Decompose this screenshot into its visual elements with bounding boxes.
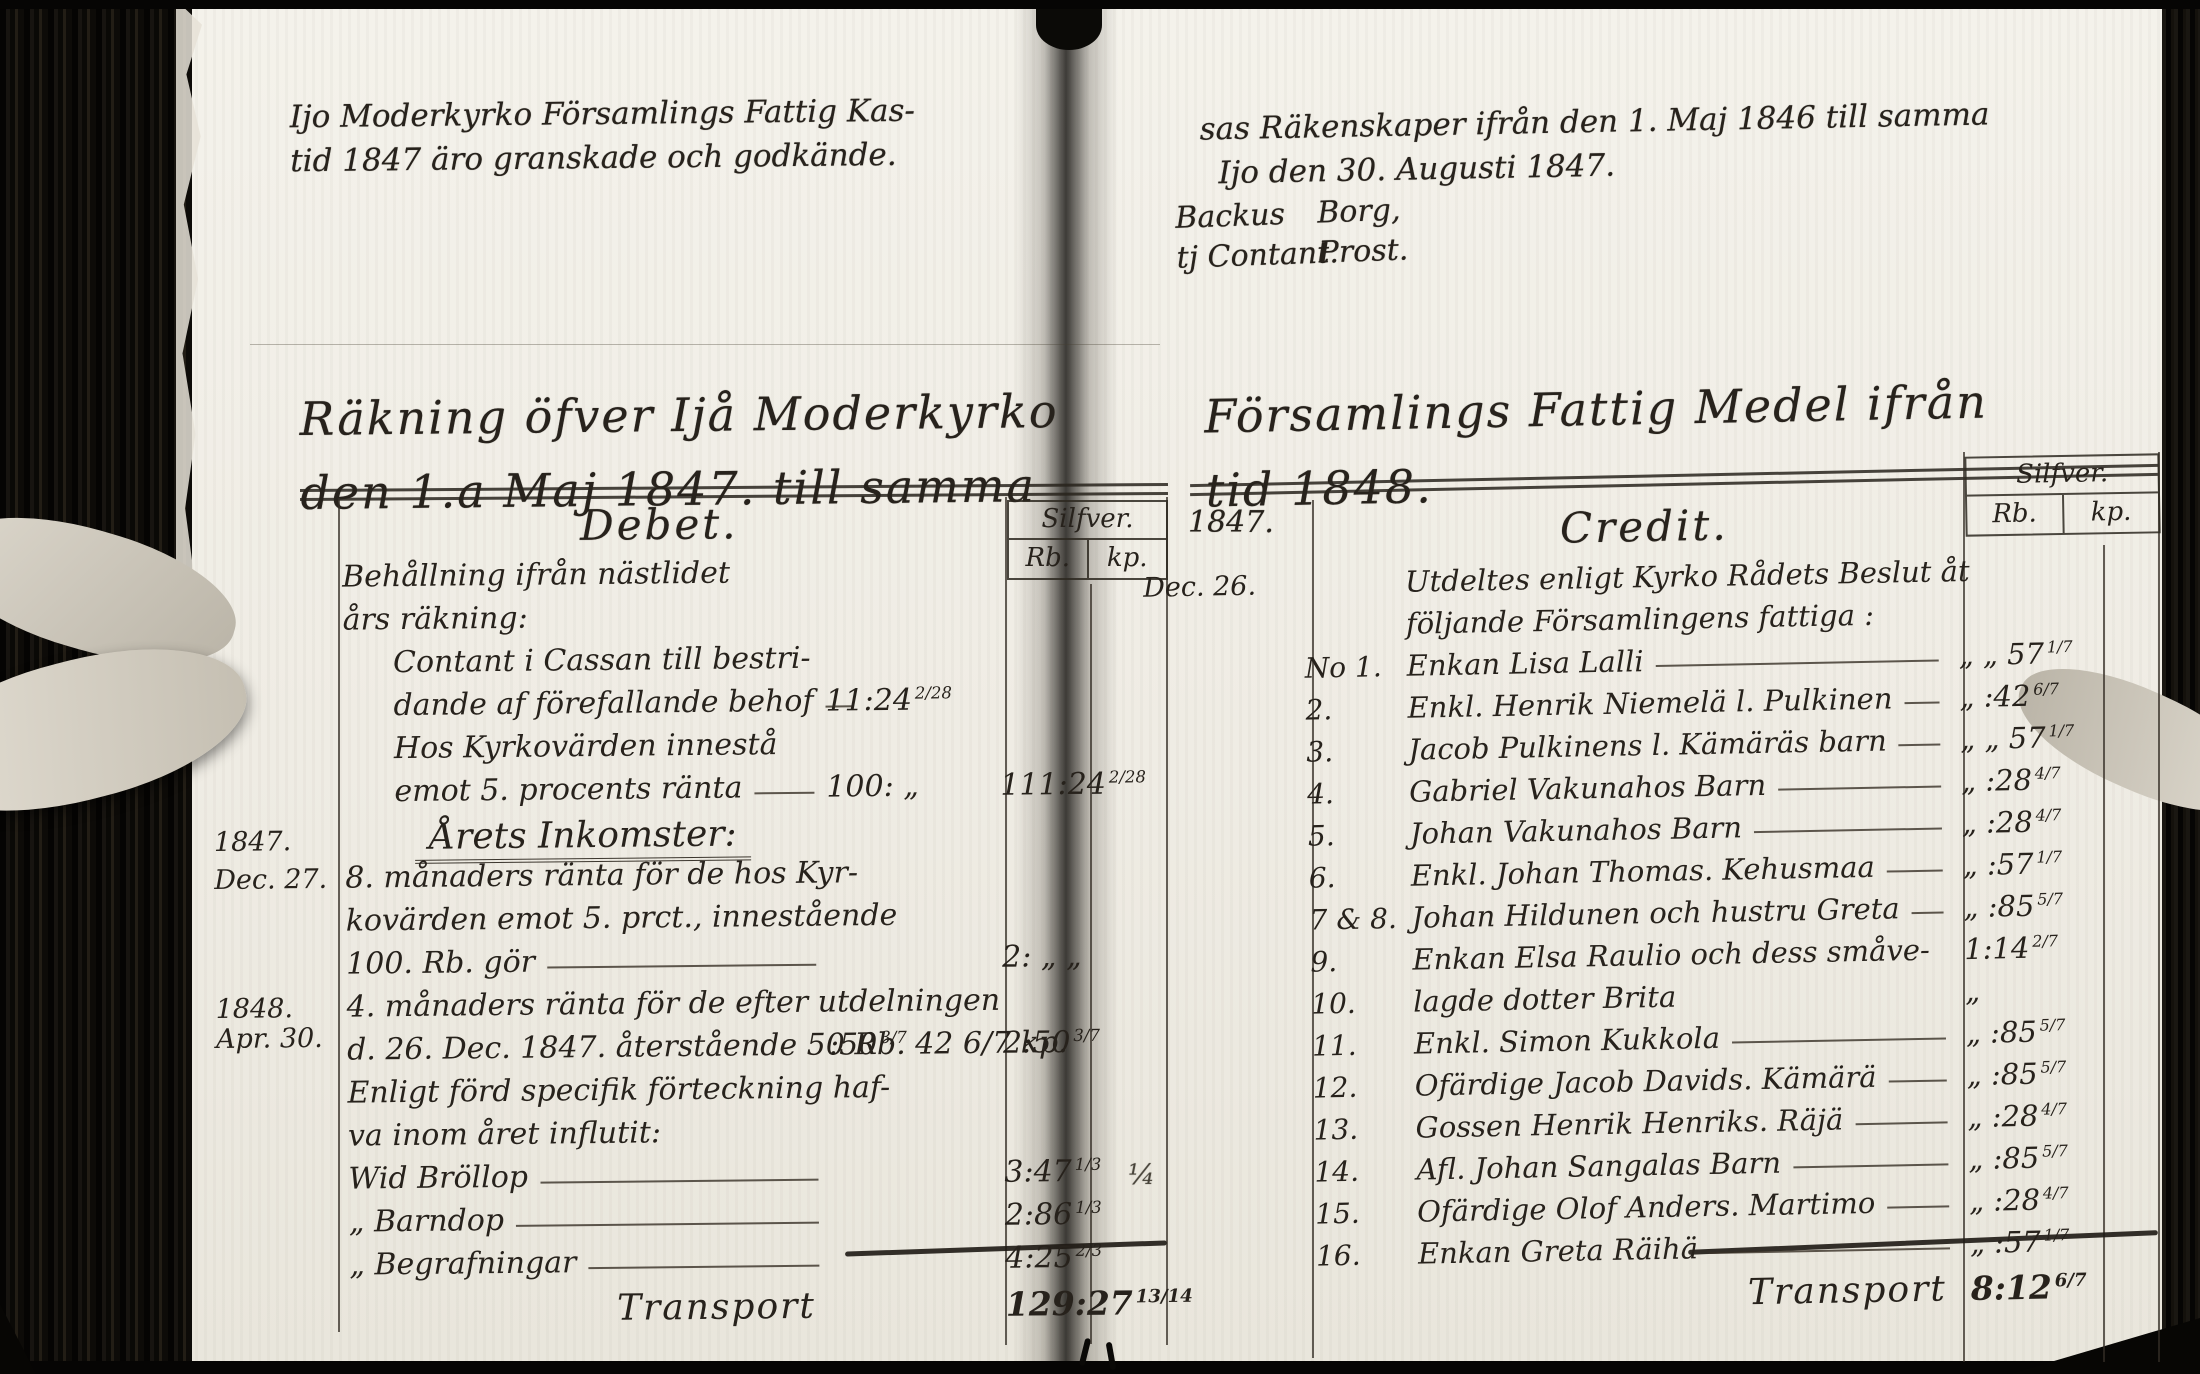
amount-value: „ :28 — [1962, 805, 2034, 840]
number-cell: 4. — [1307, 776, 1404, 811]
amount-fraction: 2/7 — [2032, 932, 2058, 951]
signature-title: Prost. — [1318, 230, 1409, 273]
date-cell — [217, 1103, 342, 1104]
number-cell: 12. — [1313, 1070, 1410, 1105]
number-cell: 10. — [1311, 986, 1408, 1021]
amount-value: 3:47 — [1004, 1154, 1072, 1190]
amount-value: „ :57 — [1962, 847, 2034, 882]
amount-silver-cell: „ :284/7 — [1954, 802, 2161, 840]
date-cell — [218, 1275, 343, 1276]
entry-text: Afl. Johan Sangalas Barn — [1416, 1146, 1781, 1187]
date-cell: 1848. Apr. 30. — [216, 994, 342, 1055]
entry-cell: emot 5. procents ränta — [338, 770, 826, 810]
date-cell — [1154, 1140, 1314, 1143]
date-cell — [1146, 720, 1306, 723]
date-cell — [215, 974, 340, 975]
entry-cell: Enligt förd specifik förteckning haf- — [341, 1071, 829, 1111]
entry-text: „ Begrafningar — [349, 1245, 576, 1282]
amount-fraction: 1/7 — [2036, 848, 2062, 867]
leader-dash — [826, 705, 852, 707]
leader-dash — [1855, 1121, 1947, 1125]
amount-silver-cell: „ :571/7 — [1962, 1222, 2169, 1260]
leader-dash — [1656, 660, 1939, 667]
signature-name: Borg, — [1317, 190, 1408, 233]
date-cell — [1156, 1266, 1316, 1269]
date-cell: 1847. — [214, 827, 339, 858]
entry-text: Enkan Lisa Lalli — [1406, 644, 1644, 683]
amount-silver-cell — [995, 879, 1167, 881]
amount-value: „ „ 57 — [1958, 637, 2044, 673]
amount-silver-cell: 4:252/3 — [999, 1239, 1171, 1276]
entry-text: 100. Rb. gör — [346, 945, 535, 982]
amount-silver-cell — [992, 578, 1164, 580]
date-cell — [1155, 1224, 1315, 1227]
amount-silver-cell: 111:242/28 — [994, 766, 1166, 803]
amount-value: 1:14 — [1964, 931, 2030, 966]
book-edge-right — [2162, 0, 2200, 1374]
silver-label: Silfver. — [1009, 502, 1166, 540]
amount-silver-cell: „ „ 571/7 — [1950, 634, 2157, 672]
date-cell — [1144, 636, 1304, 639]
entry-cell: „ Begrafningar — [343, 1243, 831, 1283]
amount-silver-cell: „ :426/7 — [1951, 676, 2158, 714]
scanned-ledger-spread: Ijo Moderkyrko Församlings Fattig Kas- t… — [0, 0, 2200, 1374]
amount-silver-cell: „ :855/7 — [1960, 1138, 2167, 1176]
amount-fraction: 1/7 — [2044, 1225, 2070, 1244]
number-cell: 13. — [1313, 1112, 1410, 1147]
leader-dash — [588, 1264, 819, 1268]
amount-value: „ :28 — [1961, 763, 2033, 798]
entry-cell: „ Barndop — [343, 1200, 831, 1240]
entry-text: dande af förefallande behof — [393, 684, 813, 723]
amount-value: 11:24 — [825, 683, 912, 719]
number-cell: 2. — [1305, 692, 1402, 727]
leader-dash — [1710, 1247, 1950, 1254]
entry-cell: 100. Rb. gör — [340, 942, 828, 982]
date-cell — [1151, 1014, 1311, 1017]
kopek-label: kp. — [2063, 493, 2158, 533]
amount-fraction: 4/7 — [2041, 1099, 2067, 1118]
amount-inner-cell — [831, 1182, 999, 1184]
number-cell: No 1. — [1304, 650, 1401, 685]
leader-dash — [1732, 1037, 1946, 1043]
entry-text: Contant i Cassan till bestri- — [393, 641, 811, 680]
amount-silver-cell: „ „ 571/7 — [1952, 718, 2159, 756]
entry-text: va inom året influtit: — [348, 1115, 661, 1153]
entry-text: emot 5. procents ränta — [394, 770, 742, 809]
amount-value: 129:27 — [1006, 1283, 1133, 1323]
amount-silver-cell: 2:503/7 — [997, 1024, 1169, 1061]
number-cell: 7 & 8. — [1309, 902, 1406, 937]
amount-inner-cell — [832, 1316, 1000, 1318]
amount-inner-cell — [825, 666, 993, 668]
rubel-label: Rb. — [1967, 495, 2064, 535]
entry-cell: Hos Kyrkovärden innestå — [338, 727, 826, 767]
amount-value: „ :85 — [1968, 1141, 2040, 1176]
amount-silver-cell: „ :284/7 — [1953, 760, 2160, 798]
entry-text: lagde dotter Brita — [1413, 980, 1677, 1019]
amount-value: 8:12 — [1970, 1267, 2052, 1308]
number-cell: 6. — [1308, 860, 1405, 895]
title-line: Räkning öfver Ijå Moderkyrko — [299, 374, 1059, 456]
date-cell — [219, 1323, 344, 1324]
date-cell — [1152, 1056, 1312, 1059]
amount-inner-cell — [828, 967, 996, 969]
amount-fraction: 1/7 — [2047, 637, 2073, 656]
date-cell — [212, 630, 337, 631]
entry-text: Wid Bröllop — [348, 1160, 528, 1197]
entry-text: „ Barndop — [349, 1203, 505, 1240]
leader-dash — [516, 1221, 819, 1226]
audit-note-right: sas Räkenskaper ifrån den 1. Maj 1846 ti… — [1199, 92, 1990, 195]
leader-dash — [1887, 1205, 1949, 1208]
amount-silver-cell — [993, 621, 1165, 623]
amount-fraction: 2/28 — [1109, 767, 1146, 786]
amount-value: „ :85 — [1966, 1057, 2038, 1092]
amount-inner-cell — [826, 752, 994, 754]
entry-text: 8. månaders ränta för de hos Kyr- — [345, 855, 858, 895]
amount-inner-cell — [824, 580, 992, 582]
amount-value: 111:24 — [1000, 767, 1106, 803]
amount-inner-cell — [831, 1268, 999, 1270]
amount-fraction: 4/7 — [2035, 764, 2061, 783]
entry-cell: 4. månaders ränta för de efter utdelning… — [340, 985, 828, 1025]
entry-text: 4. månaders ränta för de efter utdelning… — [346, 983, 1000, 1025]
debet-heading: Debet. — [580, 499, 739, 550]
amount-silver-cell — [994, 750, 1166, 752]
page-rule — [250, 344, 1160, 345]
amount-silver-cell: 3:471/3 — [998, 1153, 1170, 1190]
date-cell — [1151, 972, 1311, 975]
amount-silver-cell — [997, 1008, 1169, 1010]
amount-fraction: 2/3 — [1076, 1241, 1103, 1260]
amount-silver-cell: 2: „ „ — [996, 938, 1168, 975]
amount-fraction: 5/7 — [2037, 890, 2063, 909]
number-cell — [1317, 1311, 1413, 1313]
amount-value: 2:50 — [1003, 1025, 1071, 1061]
amount-value: „ :85 — [1963, 889, 2035, 924]
date-cell — [1148, 846, 1308, 849]
silver-label: Silfver. — [1966, 455, 2158, 496]
title-line: Församlings Fattig Medel ifrån — [1204, 364, 1989, 453]
amount-fraction: 5/7 — [2039, 1016, 2065, 1035]
amount-value: „ „ 57 — [1960, 720, 2046, 756]
amount-value: „ :28 — [1969, 1183, 2041, 1218]
amount-silver-cell — [996, 922, 1168, 924]
leader-dash — [1899, 744, 1941, 747]
entry-text: Gabriel Vakunahos Barn — [1409, 768, 1767, 809]
entry-cell: Transport — [344, 1286, 832, 1332]
number-cell: 3. — [1306, 734, 1403, 769]
entry-cell: 8. månaders ränta för de hos Kyr- — [339, 856, 827, 896]
amount-inner-cell: :503/7 — [829, 1026, 997, 1063]
amount-silver-cell: 129:2713/14 — [1000, 1283, 1172, 1324]
amount-silver-cell — [1950, 619, 2156, 623]
leader-dash — [547, 963, 816, 968]
entry-cell: dande af förefallande behof — [337, 684, 825, 724]
date-cell — [212, 673, 337, 674]
date-cell — [216, 1060, 341, 1061]
leader-dash — [1793, 1163, 1948, 1168]
date-cell — [214, 802, 339, 803]
entry-cell: Wid Bröllop — [342, 1157, 830, 1197]
signature-name: Backus — [1175, 193, 1338, 239]
number-cell — [1303, 592, 1399, 594]
entry-text: Transport — [617, 1286, 816, 1329]
amount-value: 4:25 — [1005, 1240, 1073, 1276]
amount-fraction: 5/7 — [2040, 1057, 2066, 1076]
credit-heading: Credit. — [1560, 500, 1730, 552]
date-cell — [1147, 762, 1307, 765]
number-cell: 15. — [1315, 1196, 1412, 1231]
number-cell: 9. — [1310, 944, 1407, 979]
amount-fraction: 4/7 — [2043, 1183, 2069, 1202]
date-cell — [1147, 804, 1307, 807]
entry-cell: va inom året influtit: — [342, 1114, 830, 1154]
number-cell: 14. — [1314, 1154, 1411, 1189]
date-cell — [1145, 678, 1305, 681]
amount-fraction: 6/7 — [2055, 1270, 2087, 1292]
scan-border-bottom — [0, 1361, 2200, 1374]
number-cell: 16. — [1316, 1238, 1413, 1273]
amount-fraction: 5/7 — [2042, 1141, 2068, 1160]
number-cell — [1304, 634, 1400, 636]
amount-silver-cell — [998, 1094, 1170, 1096]
amount-fraction: 1/3 — [1075, 1198, 1102, 1217]
entry-cell: kovärden emot 5. prct., innestående — [340, 899, 828, 939]
amount-fraction: 4/7 — [2035, 806, 2061, 825]
amount-fraction: 3/7 — [880, 1028, 907, 1047]
date-cell — [215, 931, 340, 932]
leader-dash — [1887, 869, 1943, 872]
amount-silver-cell — [1949, 577, 2155, 581]
amount-value: „ :85 — [1966, 1015, 2038, 1050]
entry-text: kovärden emot 5. prct., innestående — [346, 898, 898, 939]
date-cell — [218, 1232, 343, 1233]
entry-cell: års räkning: — [336, 598, 824, 638]
debet-table: Behållning ifrån nästlidet års räkning: … — [211, 551, 1172, 1335]
signature-block-2: Borg, Prost. — [1317, 190, 1409, 273]
audit-note-line: tid 1847 äro granskade och godkände. — [290, 133, 916, 184]
date-cell — [1150, 930, 1310, 933]
amount-value: „ :57 — [1970, 1225, 2042, 1260]
audit-note-line: Ijo Moderkyrko Församlings Fattig Kas- — [290, 89, 916, 140]
amount-silver-cell — [994, 707, 1166, 709]
amount-value: „ :42 — [1959, 679, 2031, 714]
entry-text: Enkl. Simon Kukkola — [1414, 1021, 1721, 1061]
amount-value: „ — [1965, 974, 1981, 1008]
entry-cell: d. 26. Dec. 1847. återstående 50 Rb. 42 … — [341, 1028, 829, 1068]
amount-value: 2:86 — [1005, 1197, 1073, 1233]
amount-silver-cell: 1:142/7 — [1956, 928, 2163, 966]
amount-value: 2: „ „ — [1002, 939, 1082, 975]
entry-text: Enligt förd specifik förteckning haf- — [347, 1070, 890, 1111]
signature-block-1: Backus tj Contant. — [1175, 193, 1340, 279]
amount-fraction: 1/3 — [1075, 1155, 1102, 1174]
amount-silver-cell: „ :855/7 — [1955, 886, 2162, 924]
amount-silver-cell: 2:861/3 — [999, 1196, 1171, 1233]
audit-note-left: Ijo Moderkyrko Församlings Fattig Kas- t… — [290, 89, 916, 184]
entry-cell: Behållning ifrån nästlidet — [336, 555, 824, 595]
entry-cell: Contant i Cassan till bestri- — [337, 641, 825, 681]
amount-inner-cell — [827, 843, 995, 845]
amount-silver-cell: „ :284/7 — [1959, 1096, 2166, 1134]
amount-inner-cell — [831, 1225, 999, 1227]
number-cell: 5. — [1308, 818, 1405, 853]
date-cell — [213, 759, 338, 760]
date-cell: Dec. 27. — [214, 865, 339, 896]
amount-inner-cell — [825, 623, 993, 625]
amount-silver-cell — [993, 664, 1165, 666]
leader-dash — [540, 1178, 818, 1183]
amount-silver-cell: 8:126/7 — [1962, 1265, 2169, 1308]
entry-text: Behållning ifrån nästlidet — [342, 556, 730, 595]
entry-text: Hos Kyrkovärden innestå — [394, 727, 778, 766]
date-cell — [1155, 1182, 1315, 1185]
entry-text: Enkan Greta Räihä — [1418, 1231, 1699, 1270]
entry-text: Gossen Henrik Henriks. Räjä — [1415, 1102, 1843, 1144]
amount-value: :50 — [829, 1027, 878, 1063]
date-cell — [1153, 1098, 1313, 1101]
amount-fraction: 2/28 — [915, 683, 952, 702]
date-cell — [213, 716, 338, 717]
silver-column-header-right: Silfver. Rb. kp. — [1964, 453, 2160, 536]
entry-text: års räkning: — [342, 601, 527, 638]
amount-value: „ :28 — [1967, 1099, 2039, 1134]
leader-dash — [1905, 702, 1940, 705]
amount-silver-cell: „ :284/7 — [1961, 1180, 2168, 1218]
date-cell — [217, 1146, 342, 1147]
leader-dash — [1889, 1079, 1947, 1082]
date-cell — [211, 587, 336, 588]
date-cell: Dec. 26. — [1143, 570, 1304, 604]
entry-text: Johan Vakunahos Barn — [1410, 810, 1743, 850]
amount-fraction: 3/7 — [1073, 1026, 1100, 1045]
amount-silver-cell: „ :571/7 — [1954, 844, 2161, 882]
amount-silver-cell — [998, 1137, 1170, 1139]
leader-dash — [1912, 911, 1944, 914]
signature-title: tj Contant. — [1176, 233, 1339, 279]
scan-border-top — [0, 0, 2200, 9]
amount-silver-cell: „ :855/7 — [1958, 1012, 2165, 1050]
leader-dash — [1778, 785, 1941, 790]
leader-dash — [1754, 827, 1942, 833]
amount-silver-cell: „ :855/7 — [1958, 1054, 2165, 1092]
leader-dash — [754, 791, 814, 794]
amount-fraction: 1/7 — [2048, 721, 2074, 740]
number-cell: 11. — [1312, 1028, 1409, 1063]
amount-value: 100: „ — [826, 769, 919, 805]
entry-text: Transport — [1748, 1268, 1948, 1313]
date-cell — [218, 1189, 343, 1190]
amount-inner-cell — [830, 1139, 998, 1141]
credit-year-label: 1847. — [1188, 505, 1274, 540]
date-cell — [1149, 888, 1309, 891]
date-cell — [1157, 1313, 1317, 1316]
amount-inner-cell: 11:242/28 — [825, 682, 993, 719]
amount-silver-cell — [995, 841, 1167, 843]
amount-fraction: 6/7 — [2033, 680, 2059, 699]
amount-silver-cell: „ — [1957, 970, 2164, 1008]
amount-inner-cell: 100: „ — [826, 768, 994, 805]
credit-table: Dec. 26. Utdeltes enligt Kyrko Rådets Be… — [1143, 550, 2169, 1325]
